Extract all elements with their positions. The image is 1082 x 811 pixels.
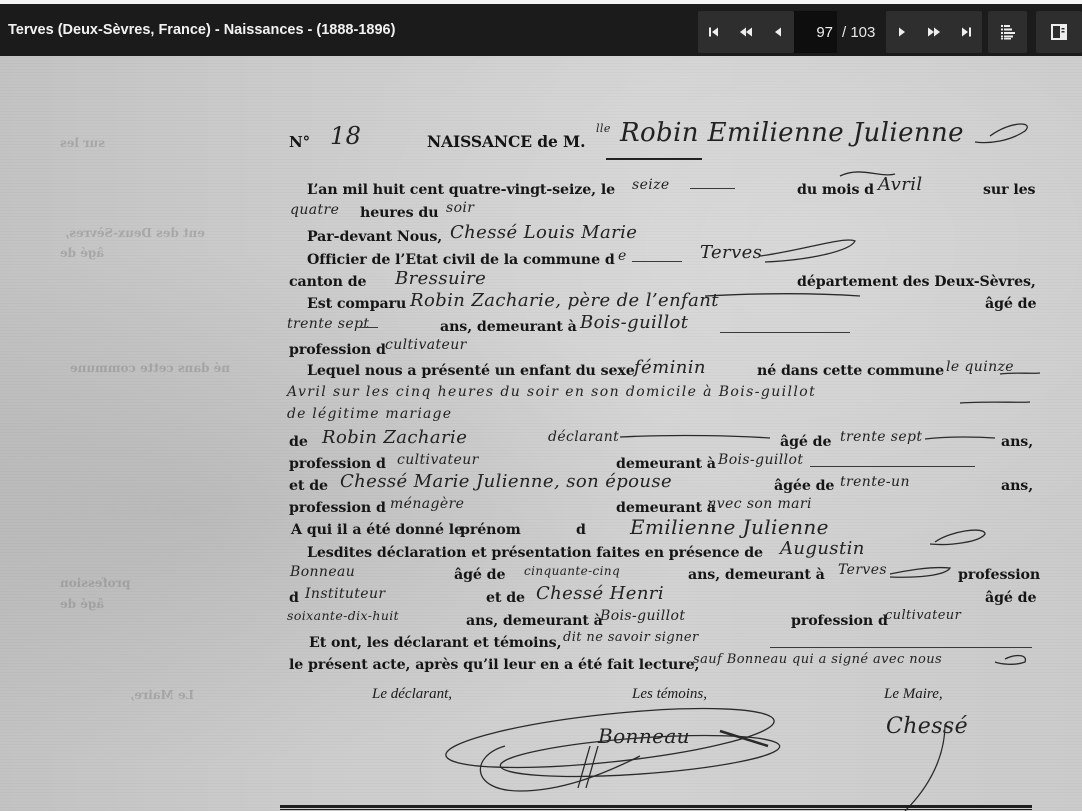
handwritten-witness-first-name: Augustin (780, 538, 865, 559)
rewind-button[interactable] (730, 11, 762, 53)
fast-forward-icon (927, 26, 941, 38)
printed-text: Lequel nous a présenté un enfant du sexe (307, 363, 635, 379)
handwritten-date: le quinze (946, 359, 1014, 375)
handwritten-time: soir (446, 200, 474, 216)
printed-text: Lesdites déclaration et présentation fai… (307, 545, 763, 561)
first-page-button[interactable] (698, 11, 730, 53)
bleed-through-text: né dans cette commune (70, 361, 230, 375)
handwritten-father: Robin Zacharie, père de l’enfant (410, 290, 719, 311)
side-panel-icon (1051, 24, 1067, 40)
printed-text: heures du (360, 205, 438, 221)
printed-text: le présent acte, après qu’il leur en a é… (289, 657, 699, 673)
handwritten-profession: ménagère (390, 496, 464, 512)
rewind-icon (739, 26, 753, 38)
title-underline (606, 158, 702, 160)
bleed-through-text: âgé de (60, 597, 104, 611)
witnesses-label: Les témoins, (632, 686, 707, 703)
handwritten-commune: Terves (700, 242, 762, 263)
printed-text: Et ont, les déclarant et témoins, (309, 635, 561, 651)
fill-line (632, 261, 682, 262)
printed-text: ans, demeurant à (466, 613, 603, 629)
printed-text: âgé de (454, 567, 505, 583)
bleed-through-text: ent des Deux-Sèvres, (65, 226, 205, 240)
handwritten-age: soixante-dix-huit (287, 608, 399, 623)
handwritten-legitimacy: de légitime mariage (287, 406, 452, 422)
handwritten-place: Terves (838, 562, 887, 578)
page-indicator: / 103 (794, 11, 888, 53)
handwritten-signing-exception: sauf Bonneau qui a signé avec nous (693, 652, 942, 667)
caret-left-icon (773, 26, 783, 38)
printed-text: département des Deux-Sèvres, (797, 274, 1036, 290)
handwritten-witness-surname: Bonneau (290, 564, 355, 580)
handwritten-age: trente sept (840, 429, 922, 445)
handwritten-profession: cultivateur (885, 608, 961, 623)
previous-page-button[interactable] (762, 11, 794, 53)
printed-text: âgé de (985, 296, 1036, 312)
fast-forward-button[interactable] (918, 11, 950, 53)
fill-line (720, 332, 850, 333)
viewer-toolbar: Terves (Deux-Sèvres, France) - Naissance… (0, 0, 1082, 56)
printed-text: profession d (289, 500, 386, 516)
handwritten-letter: e (618, 248, 627, 264)
caret-right-icon (897, 26, 907, 38)
printed-text: sur les (983, 182, 1035, 198)
printed-text: âgé de (985, 590, 1036, 606)
bleed-through-text: âgé de (60, 246, 104, 260)
printed-text: demeurant à (616, 456, 716, 472)
side-panel-button[interactable] (1036, 11, 1082, 53)
child-name: Robin Emilienne Julienne (620, 118, 964, 148)
handwritten-profession: cultivateur (397, 452, 479, 468)
printed-text: A qui il a été donné le (291, 522, 463, 538)
fill-line (360, 327, 378, 328)
fill-line (770, 647, 1032, 648)
mayor-signature: Chessé (886, 714, 968, 739)
printed-text: Officier de l’Etat civil de la commune d (307, 252, 615, 268)
handwritten-age: trente-un (840, 474, 910, 490)
list-view-button[interactable] (988, 11, 1027, 53)
printed-text: profession d (289, 342, 386, 358)
printed-text: ans, (1001, 434, 1033, 450)
printed-text: Par-devant Nous, (307, 229, 442, 245)
handwritten-second-witness: Chessé Henri (536, 583, 664, 604)
bleed-through-text: profession (60, 576, 130, 590)
handwritten-role: déclarant (548, 429, 619, 445)
handwritten-place: Bois-guillot (580, 312, 688, 333)
handwritten-birth-details: Avril sur les cinq heures du soir en son… (287, 384, 816, 400)
handwritten-officer: Chessé Louis Marie (450, 222, 637, 243)
handwritten-mother: Chessé Marie Julienne, son épouse (340, 471, 672, 492)
handwritten-age: cinquante-cinq (524, 564, 620, 578)
printed-text: L’an mil huit cent quatre-vingt-seize, l… (307, 182, 615, 198)
record-number: 18 (330, 122, 361, 150)
skip-first-icon (708, 26, 720, 38)
fill-line (690, 188, 735, 189)
witness-signature: Bonneau (598, 724, 690, 748)
printed-text: profession (958, 567, 1040, 583)
document-title: Terves (Deux-Sèvres, France) - Naissance… (8, 22, 395, 38)
forward-navigation-group (886, 11, 982, 53)
printed-text: d (289, 590, 299, 606)
handwritten-sex: féminin (634, 357, 706, 378)
handwritten-age: trente sept (287, 316, 369, 332)
printed-text: profession d (791, 613, 888, 629)
printed-text: ans, demeurant à (440, 319, 577, 335)
handwritten-place: avec son mari (708, 496, 812, 512)
page-number-input[interactable] (794, 11, 837, 53)
record-title: NAISSANCE de M. (427, 132, 585, 151)
printed-text: du mois d (797, 182, 874, 198)
printed-text: d (576, 522, 586, 538)
printed-text: Est comparu (307, 296, 406, 312)
printed-text: âgée de (774, 478, 834, 494)
handwritten-declarant: Robin Zacharie (322, 427, 467, 448)
record-number-label: N° (289, 133, 310, 151)
record-title-superscript: lle (596, 122, 611, 135)
handwritten-month: Avril (878, 174, 923, 195)
handwritten-profession: Instituteur (305, 586, 386, 602)
bleed-through-text: Le Maire, (130, 688, 194, 702)
list-icon (1000, 24, 1016, 40)
skip-last-icon (960, 26, 972, 38)
handwritten-given-names: Emilienne Julienne (630, 515, 829, 539)
handwritten-hour: quatre (290, 202, 339, 218)
printed-text: né dans cette commune (757, 363, 944, 379)
printed-text: ans, (1001, 478, 1033, 494)
handwritten-signing-note: dit ne savoir signer (563, 630, 699, 645)
printed-text: prénom (460, 522, 521, 538)
printed-text: et de (486, 590, 525, 606)
handwritten-profession: cultivateur (385, 337, 467, 353)
handwritten-place: Bois-guillot (600, 608, 685, 624)
next-page-button[interactable] (886, 11, 918, 53)
printed-text: âgé de (780, 434, 831, 450)
printed-text: ans, demeurant à (688, 567, 825, 583)
fill-line (810, 466, 975, 467)
handwritten-place: Bois-guillot (718, 452, 803, 468)
printed-text: et de (289, 478, 328, 494)
printed-text: de (289, 434, 308, 450)
handwritten-canton: Bressuire (395, 268, 486, 289)
back-navigation-group (698, 11, 794, 53)
mayor-label: Le Maire, (884, 686, 943, 703)
printed-text: canton de (289, 274, 366, 290)
last-page-button[interactable] (950, 11, 982, 53)
handwritten-day: seize (632, 177, 670, 193)
bleed-through-text: sur les (60, 136, 105, 150)
document-viewer[interactable]: sur les ent des Deux-Sèvres, âgé de né d… (0, 56, 1082, 811)
printed-text: demeurant à (616, 500, 716, 516)
page-total: / 103 (842, 24, 875, 41)
declarant-label: Le déclarant, (372, 686, 452, 703)
printed-text: profession d (289, 456, 386, 472)
